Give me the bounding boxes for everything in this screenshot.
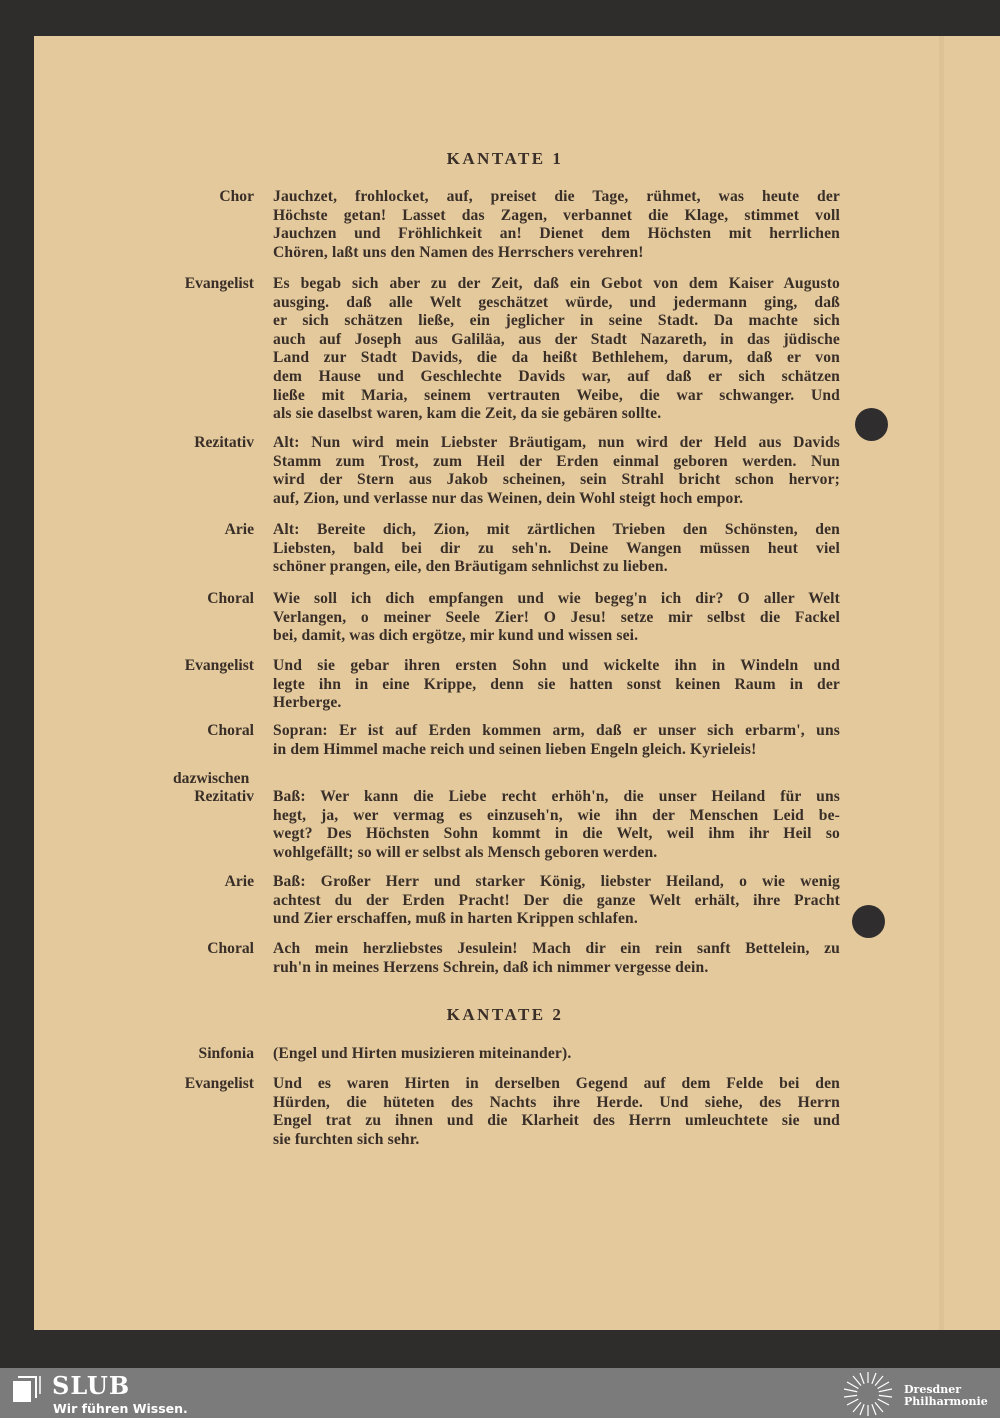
text-line: Wie soll ich dich empfangen und wie bege… bbox=[273, 590, 840, 609]
text-line: Alt: Bereite dich, Zion, mit zärtlichen … bbox=[273, 521, 840, 540]
voice-label: Rezitativ bbox=[194, 434, 254, 453]
philharmonie-logo-icon bbox=[842, 1372, 894, 1416]
text-line: Höchste getan! Lasset das Zagen, verbann… bbox=[273, 207, 840, 226]
libretto-text: Und es waren Hirten in derselben Gegend … bbox=[273, 1075, 840, 1149]
text-line: ausging. daß alle Welt geschätzet würde,… bbox=[273, 294, 840, 313]
text-line: er sich schätzen ließe, ein jeglicher in… bbox=[273, 312, 840, 331]
slub-brand[interactable]: SLUB bbox=[52, 1371, 130, 1400]
voice-label: Choral bbox=[207, 940, 254, 959]
text-line: Baß: Wer kann die Liebe recht erhöh'n, d… bbox=[273, 788, 840, 807]
text-line: Und sie gebar ihren ersten Sohn und wick… bbox=[273, 657, 840, 676]
libretto-text: Sopran: Er ist auf Erden kommen arm, daß… bbox=[273, 722, 840, 759]
voice-label: Evangelist bbox=[185, 1075, 254, 1094]
libretto-text: Baß: Wer kann die Liebe recht erhöh'n, d… bbox=[273, 788, 840, 862]
voice-label: Rezitativ bbox=[194, 788, 254, 807]
voice-label: Evangelist bbox=[185, 275, 254, 294]
text-line: Verlangen, o meiner Seele Zier! O Jesu! … bbox=[273, 609, 840, 628]
punch-hole bbox=[855, 408, 888, 441]
libretto-text: Alt: Bereite dich, Zion, mit zärtlichen … bbox=[273, 521, 840, 577]
text-line: wegt? Des Höchsten Sohn kommt in die Wel… bbox=[273, 825, 840, 844]
text-line: Liebsten, bald bei dir zu seh'n. Deine W… bbox=[273, 540, 840, 559]
text-line: Stamm zum Trost, zum Heil der Erden einm… bbox=[273, 453, 840, 472]
voice-label: Sinfonia bbox=[199, 1045, 254, 1064]
text-line: sie furchten sich sehr. bbox=[273, 1131, 840, 1150]
voice-label: Evangelist bbox=[185, 657, 254, 676]
libretto-text: Und sie gebar ihren ersten Sohn und wick… bbox=[273, 657, 840, 713]
text-line: Baß: Großer Herr und starker König, lieb… bbox=[273, 873, 840, 892]
voice-label: Choral bbox=[207, 590, 254, 609]
text-line: Land zur Stadt Davids, die da heißt Beth… bbox=[273, 349, 840, 368]
voice-label: Arie bbox=[225, 873, 254, 892]
text-line: und Zier erschaffen, muß in harten Kripp… bbox=[273, 910, 840, 929]
section-heading: KANTATE 2 bbox=[0, 1005, 1000, 1025]
voice-label: dazwischen bbox=[173, 770, 249, 789]
text-line: legte ihn in eine Krippe, denn sie hatte… bbox=[273, 676, 840, 695]
text-line: bei, damit, was dich ergötze, mir kund u… bbox=[273, 627, 840, 646]
text-line: hegt, ja, wer vermag es einzuseh'n, wie … bbox=[273, 807, 840, 826]
text-line: wird der Stern aus Jakob scheinen, sein … bbox=[273, 471, 840, 490]
philharmonie-brand[interactable]: Dresdner Philharmonie bbox=[904, 1384, 988, 1408]
libretto-text: Alt: Nun wird mein Liebster Bräutigam, n… bbox=[273, 434, 840, 508]
libretto-text: Wie soll ich dich empfangen und wie bege… bbox=[273, 590, 840, 646]
text-line: ruh'n in meines Herzens Schrein, daß ich… bbox=[273, 959, 840, 978]
punch-hole bbox=[852, 905, 885, 938]
text-line: als sie daselbst waren, kam die Zeit, da… bbox=[273, 405, 840, 424]
text-line: Chören, laßt uns den Namen des Herrscher… bbox=[273, 244, 840, 263]
libretto-text: Ach mein herzliebstes Jesulein! Mach dir… bbox=[273, 940, 840, 977]
text-line: ließe mit Maria, seinem vertrauten Weibe… bbox=[273, 387, 840, 406]
text-line: auf, Zion, und verlasse nur das Weinen, … bbox=[273, 490, 840, 509]
text-line: Jauchzen und Fröhlichkeit an! Dienet dem… bbox=[273, 225, 840, 244]
text-line: Ach mein herzliebstes Jesulein! Mach dir… bbox=[273, 940, 840, 959]
libretto-text: (Engel und Hirten musizieren miteinander… bbox=[273, 1045, 840, 1064]
text-line: wohlgefällt; so will er selbst als Mensc… bbox=[273, 844, 840, 863]
footer-bar: SLUB Wir führen Wissen. Dresdner Philhar… bbox=[0, 1368, 1000, 1418]
text-line: Alt: Nun wird mein Liebster Bräutigam, n… bbox=[273, 434, 840, 453]
text-line: Engel trat zu ihnen und die Klarheit des… bbox=[273, 1112, 840, 1131]
text-line: in dem Himmel mache reich und seinen lie… bbox=[273, 741, 840, 760]
text-line: Jauchzet, frohlocket, auf, preiset die T… bbox=[273, 188, 840, 207]
libretto-text: Jauchzet, frohlocket, auf, preiset die T… bbox=[273, 188, 840, 262]
text-line: auch auf Joseph aus Galiläa, aus der Sta… bbox=[273, 331, 840, 350]
text-line: Hürden, die hüteten des Nachts ihre Herd… bbox=[273, 1094, 840, 1113]
text-line: achtest du der Erden Pracht! Der die gan… bbox=[273, 892, 840, 911]
text-line: Sopran: Er ist auf Erden kommen arm, daß… bbox=[273, 722, 840, 741]
voice-label: Choral bbox=[207, 722, 254, 741]
voice-label: Arie bbox=[225, 521, 254, 540]
text-line: Und es waren Hirten in derselben Gegend … bbox=[273, 1075, 840, 1094]
libretto-text: Es begab sich aber zu der Zeit, daß ein … bbox=[273, 275, 840, 424]
libretto-text: Baß: Großer Herr und starker König, lieb… bbox=[273, 873, 840, 929]
text-line: Es begab sich aber zu der Zeit, daß ein … bbox=[273, 275, 840, 294]
text-line: dem Hause und Geschlechte Davids war, au… bbox=[273, 368, 840, 387]
slub-logo-icon bbox=[13, 1376, 41, 1402]
text-line: schöner prangen, eile, den Bräutigam seh… bbox=[273, 558, 840, 577]
text-line: Herberge. bbox=[273, 694, 840, 713]
text-line: (Engel und Hirten musizieren miteinander… bbox=[273, 1045, 840, 1064]
slub-tagline: Wir führen Wissen. bbox=[53, 1401, 188, 1416]
section-heading: KANTATE 1 bbox=[0, 149, 1000, 169]
voice-label: Chor bbox=[219, 188, 254, 207]
